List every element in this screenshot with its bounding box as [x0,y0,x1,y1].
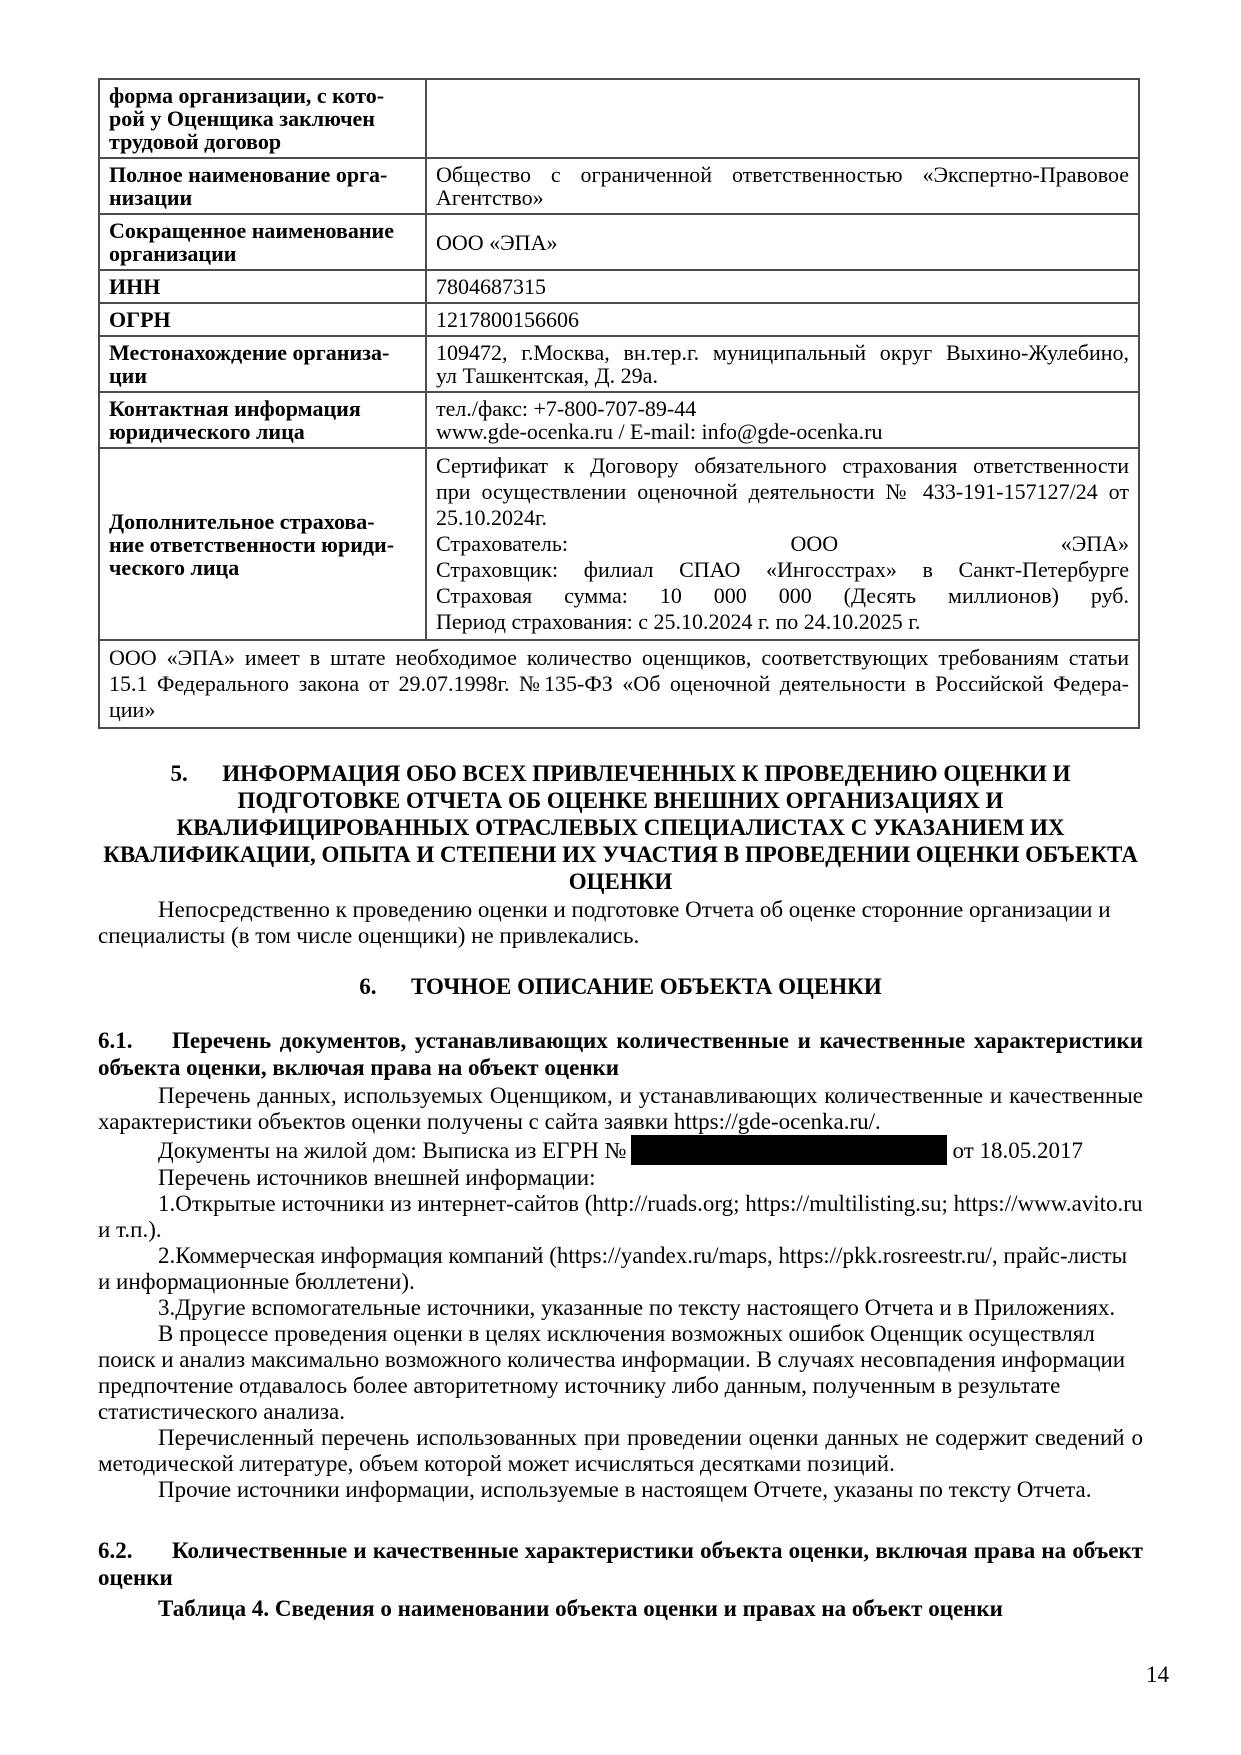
section-5-title-line: КВАЛИФИКАЦИИ, ОПЫТА И СТЕПЕНИ ИХ УЧАСТИЯ… [98,841,1143,868]
paragraph-sources-intro: Перечень источников внешней информации: [98,1165,1143,1191]
table-merged-cell: ООО «ЭПА» имеет в штате необходимое коли… [99,640,1139,728]
table-row-staff-note: ООО «ЭПА» имеет в штате необходимое коли… [99,640,1139,728]
section-heading-text: Количественные и качественные характерис… [172,1537,1143,1564]
egrn-text-prefix: Документы на жилой дом: Выписка из ЕГРН … [158,1138,627,1163]
footer-line: ООО «ЭПА» имеет в штате необходимое коли… [109,645,1129,671]
table-row-short-name: Сокращенное наименование организации ООО… [99,214,1139,270]
value-line: Общество с ограниченной ответственностью… [436,163,1129,186]
section-6-1-heading-line1: 6.1. Перечень документов, устанавливающи… [98,1027,1143,1054]
paragraph-source-2: 2.Коммерческая информация компаний (http… [98,1243,1143,1295]
table-row-location: Местонахождение организа- ции 109472, г.… [99,336,1139,392]
paragraph-methodical-note: Перечисленный перечень использованных пр… [98,1425,1143,1477]
section-6-2-heading-line2: оценки [98,1564,1143,1591]
section-5-paragraph: Непосредственно к проведению оценки и по… [98,897,1143,949]
section-5-title-line: 5. ИНФОРМАЦИЯ ОБО ВСЕХ ПРИВЛЕЧЕННЫХ К ПР… [98,760,1143,787]
row-label: Дополнительное страхова- ние ответственн… [99,448,426,640]
value-line: Страховщик: филиал СПАО «Ингосстрах» в С… [436,557,1129,583]
page-number: 14 [1146,1662,1169,1688]
table-4-caption: Таблица 4. Сведения о наименовании объек… [98,1595,1143,1622]
paragraph-egrn-document: Документы на жилой дом: Выписка из ЕГРН … [98,1135,1143,1165]
row-label: ИНН [99,270,426,303]
redaction-bar [631,1135,947,1165]
table-row-ogrn: ОГРН 1217800156606 [99,303,1139,336]
row-value: Сертификат к Договору обязательного стра… [426,448,1139,640]
organization-info-table: форма организации, с кото- рой у Оценщик… [98,78,1140,729]
row-label: Контактная информация юридического лица [99,392,426,448]
table-row-full-name: Полное наименование орга- низации Общест… [99,158,1139,214]
document-page: форма организации, с кото- рой у Оценщик… [0,0,1241,1755]
value-line: 25.10.2024г. [436,505,1129,531]
row-label: Местонахождение организа- ции [99,336,426,392]
footer-line: ции» [109,697,1129,723]
row-label: форма организации, с кото- рой у Оценщик… [99,79,426,158]
value-line: Агентство» [436,186,1129,209]
section-6-title-line: 6. ТОЧНОЕ ОПИСАНИЕ ОБЪЕКТА ОЦЕНКИ [98,973,1143,1000]
value-line: при осуществлении оценочной деятельности… [436,479,1129,505]
row-value: Общество с ограниченной ответственностью… [426,158,1139,214]
paragraph-source-3: 3.Другие вспомогательные источники, указ… [98,1295,1143,1321]
section-6-1-heading-line2: объекта оценки, включая права на объект … [98,1054,1143,1081]
value-line: Сертификат к Договору обязательного стра… [436,453,1129,479]
section-6-1-heading: 6.1. Перечень документов, устанавливающи… [98,1027,1143,1081]
section-5-heading: 5. ИНФОРМАЦИЯ ОБО ВСЕХ ПРИВЛЕЧЕННЫХ К ПР… [98,760,1143,895]
section-6-2-heading-line1: 6.2. Количественные и качественные харак… [98,1537,1143,1564]
egrn-text-suffix: от 18.05.2017 [953,1138,1084,1163]
row-value: 1217800156606 [426,303,1139,336]
page-content: форма организации, с кото- рой у Оценщик… [98,78,1143,1622]
table-row-contacts: Контактная информация юридического лица … [99,392,1139,448]
section-number: 6.1. [98,1027,172,1054]
row-label: Сокращенное наименование организации [99,214,426,270]
value-line: Страхователь: ООО «ЭПА» [436,531,1129,557]
section-5-title-line: КВАЛИФИЦИРОВАННЫХ ОТРАСЛЕВЫХ СПЕЦИАЛИСТА… [98,814,1143,841]
section-5-title-line: ПОДГОТОВКЕ ОТЧЕТА ОБ ОЦЕНКЕ ВНЕШНИХ ОРГА… [98,787,1143,814]
row-value: тел./факс: +7-800-707-89-44 www.gde-ocen… [426,392,1139,448]
value-line: 109472, г.Москва, вн.тер.г. муниципальны… [436,341,1129,364]
section-6-2-heading: 6.2. Количественные и качественные харак… [98,1537,1143,1591]
table-row-inn: ИНН 7804687315 [99,270,1139,303]
section-5-title-line: ОЦЕНКИ [98,868,1143,895]
section-6-heading: 6. ТОЧНОЕ ОПИСАНИЕ ОБЪЕКТА ОЦЕНКИ [98,973,1143,1000]
paragraph-source-1: 1.Открытые источники из интернет-сайтов … [98,1191,1143,1243]
row-label: ОГРН [99,303,426,336]
row-value: ООО «ЭПА» [426,214,1139,270]
row-label: Полное наименование орга- низации [99,158,426,214]
section-heading-text: Перечень документов, устанавливающих кол… [172,1027,1143,1054]
row-value: 109472, г.Москва, вн.тер.г. муниципальны… [426,336,1139,392]
row-value [426,79,1139,158]
paragraph-data-list: Перечень данных, используемых Оценщиком,… [98,1083,1143,1135]
row-value: 7804687315 [426,270,1139,303]
table-row-insurance: Дополнительное страхова- ние ответственн… [99,448,1139,640]
section-number: 6.2. [98,1537,172,1564]
value-line: ул Ташкентская, Д. 29а. [436,364,1129,387]
footer-line: 15.1 Федерального закона от 29.07.1998г.… [109,671,1129,697]
value-line: Период страхования: с 25.10.2024 г. по 2… [436,609,1129,635]
table-row-employment-form: форма организации, с кото- рой у Оценщик… [99,79,1139,158]
paragraph-other-sources: Прочие источники информации, используемы… [98,1477,1143,1503]
value-line: Страховая сумма: 10 000 000 (Десять милл… [436,583,1129,609]
paragraph-search-process: В процессе проведения оценки в целях иск… [98,1321,1143,1425]
